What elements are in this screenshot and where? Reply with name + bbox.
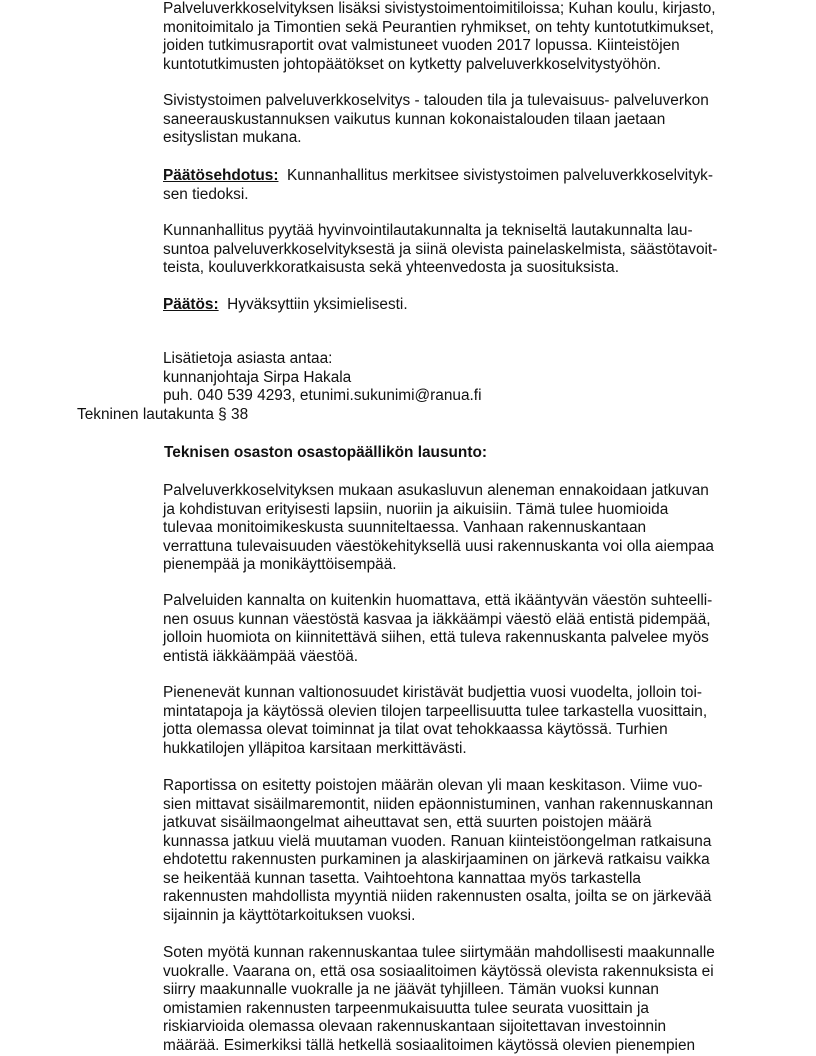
decision: Päätös: Hyväksyttiin yksimielisesti.: [163, 296, 743, 315]
proposal-text: Kunnanhallitus merkitsee sivistystoimen …: [287, 167, 713, 184]
statement-heading-text: Teknisen osaston osastopäällikön lausunt…: [164, 444, 744, 463]
text-line: entistä iäkkäämpää väestöä.: [163, 648, 743, 667]
decision-label: Päätös:: [163, 296, 219, 313]
statement-paragraph-elderly: Palveluiden kannalta on kuitenkin huomat…: [163, 592, 743, 666]
text-line: jatkuvat sisäilmaongelmat aiheuttavat se…: [163, 814, 743, 833]
text-line: Soten myötä kunnan rakennuskantaa tulee …: [163, 944, 743, 963]
text-line: kuntotutkimusten johtopäätökset on kytke…: [163, 56, 743, 75]
text-line: nen osuus kunnan väestöstä kasvaa ja iäk…: [163, 611, 743, 630]
text-line: monitoimitalo ja Timontien sekä Peuranti…: [163, 19, 743, 38]
decision-proposal: Päätösehdotus: Kunnanhallitus merkitsee …: [163, 167, 743, 204]
proposal-label: Päätösehdotus:: [163, 167, 278, 184]
text-line: Sivistystoimen palveluverkkoselvitys - t…: [163, 92, 743, 111]
text-line: saneerauskustannuksen vaikutus kunnan ko…: [163, 111, 743, 130]
text-line: sen tiedoksi.: [163, 186, 743, 205]
text-line: pienempää ja monikäyttöisempää.: [163, 556, 743, 575]
statement-paragraph-population: Palveluverkkoselvityksen mukaan asukaslu…: [163, 482, 743, 575]
text-line: tulevaa monitoimikeskusta suunniteltaess…: [163, 519, 743, 538]
text-line: joiden tutkimusraportit ovat valmistunee…: [163, 37, 743, 56]
text-line: ehdotettu rakennusten purkaminen ja alas…: [163, 851, 743, 870]
text-line: vuokralle. Vaarana on, että osa sosiaali…: [163, 963, 743, 982]
text-line: sien mittavat sisäilmaremontit, niiden e…: [163, 796, 743, 815]
text-line: esityslistan mukana.: [163, 129, 743, 148]
statement-paragraph-budget: Pienenevät kunnan valtionosuudet kiristä…: [163, 684, 743, 758]
text-line: Kunnanhallitus pyytää hyvinvointilautaku…: [163, 222, 743, 241]
text-line: riskiarvioida olemassa olevaan rakennusk…: [163, 1018, 743, 1037]
text-line: jotta olemassa olevat toiminnat ja tilat…: [163, 721, 743, 740]
text-line: sijainnin ja käyttötarkoituksen vuoksi.: [163, 907, 743, 926]
contact-person: kunnanjohtaja Sirpa Hakala: [163, 369, 743, 388]
text-line: siirry maakunnalle vuokralle ja ne jäävä…: [163, 981, 743, 1000]
contact-info: Lisätietoja asiasta antaa: kunnanjohtaja…: [163, 350, 743, 406]
text-line: määrää. Esimerkiksi tällä hetkellä sosia…: [163, 1037, 743, 1056]
statement-heading: Teknisen osaston osastopäällikön lausunt…: [164, 444, 744, 463]
text-line: suntoa palveluverkkoselvityksestä ja sii…: [163, 241, 743, 260]
text-line: ja kohdistuvan erityisesti lapsiin, nuor…: [163, 501, 743, 520]
text-line: Pienenevät kunnan valtionosuudet kiristä…: [163, 684, 743, 703]
text-line: omistamien rakennusten tarpeenmukaisuutt…: [163, 1000, 743, 1019]
text-line: verrattuna tulevaisuuden väestökehitykse…: [163, 538, 743, 557]
decision-text: Hyväksyttiin yksimielisesti.: [227, 296, 407, 313]
text-line: mintatapoja ja käytössä olevien tilojen …: [163, 703, 743, 722]
text-line: kunnassa jatkuu vielä muutaman vuoden. R…: [163, 833, 743, 852]
text-line: se heikentää kunnan tasetta. Vaihtoehton…: [163, 870, 743, 889]
text-line: Palveluverkkoselvityksen mukaan asukaslu…: [163, 482, 743, 501]
section-title-text: Tekninen lautakunta § 38: [77, 406, 657, 425]
contact-phone-email: puh. 040 539 4293, etunimi.sukunimi@ranu…: [163, 387, 743, 406]
text-line: Palveluiden kannalta on kuitenkin huomat…: [163, 592, 743, 611]
decision-line: Päätös: Hyväksyttiin yksimielisesti.: [163, 296, 743, 315]
paragraph-economy-report: Sivistystoimen palveluverkkoselvitys - t…: [163, 92, 743, 148]
proposal-line: Päätösehdotus: Kunnanhallitus merkitsee …: [163, 167, 743, 186]
paragraph-service-network-condition-surveys: Palveluverkkoselvityksen lisäksi sivisty…: [163, 0, 743, 74]
paragraph-request-statements: Kunnanhallitus pyytää hyvinvointilautaku…: [163, 222, 743, 278]
statement-paragraph-sote: Soten myötä kunnan rakennuskantaa tulee …: [163, 944, 743, 1055]
text-line: rakennusten mahdollista myyntiä niiden r…: [163, 888, 743, 907]
text-line: Raportissa on esitetty poistojen määrän …: [163, 777, 743, 796]
text-line: hukkatilojen ylläpitoa karsitaan merkitt…: [163, 740, 743, 759]
text-line: teista, kouluverkkoratkaisusta sekä yhte…: [163, 259, 743, 278]
text-line: jolloin huomiota on kiinnitettävä siihen…: [163, 629, 743, 648]
section-title: Tekninen lautakunta § 38: [77, 406, 657, 425]
contact-intro: Lisätietoja asiasta antaa:: [163, 350, 743, 369]
text-line: Palveluverkkoselvityksen lisäksi sivisty…: [163, 0, 743, 19]
statement-paragraph-depreciation: Raportissa on esitetty poistojen määrän …: [163, 777, 743, 925]
